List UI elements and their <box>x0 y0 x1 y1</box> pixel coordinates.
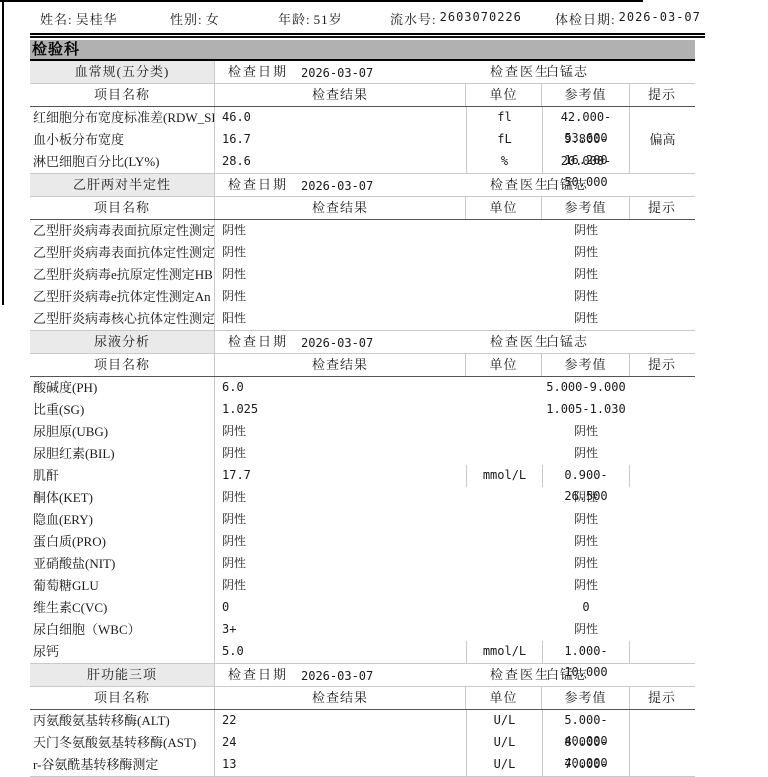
reference-cell: 阴性 <box>542 421 630 443</box>
section-meta: 检查日期2026-03-07检查医生白锰志 <box>215 331 695 353</box>
result-cell: 阴性 <box>215 575 466 597</box>
column-header-reference-range: 参考值 <box>542 84 630 106</box>
section-meta: 检查日期2026-03-07检查医生白锰志 <box>215 61 695 83</box>
column-header-unit: 单位 <box>466 197 542 219</box>
result-cell: 阴性 <box>215 220 466 242</box>
reference-cell: 0 <box>542 597 630 619</box>
test-section: 血常规(五分类)检查日期2026-03-07检查医生白锰志项目名称检查结果单位参… <box>30 61 695 173</box>
column-header-row: 项目名称检查结果单位参考值提示 <box>30 84 695 107</box>
table-row: 亚硝酸盐(NIT)阴性阴性 <box>30 553 695 575</box>
item-name-cell: 乙型肝炎病毒e抗原定性测定HB <box>30 264 215 286</box>
hint-cell <box>630 151 694 173</box>
column-header-hint: 提示 <box>630 354 694 376</box>
lab-report-page: { "colors": { "dept_bar": "#b1b1b1", "se… <box>0 0 768 777</box>
reference-cell: 阴性 <box>542 264 630 286</box>
section-title: 肝功能三项 <box>30 664 215 686</box>
lab-results-table: 血常规(五分类)检查日期2026-03-07检查医生白锰志项目名称检查结果单位参… <box>30 61 695 777</box>
item-name-cell: 蛋白质(PRO) <box>30 531 215 553</box>
unit-cell <box>466 531 542 553</box>
item-name-cell: 维生素C(VC) <box>30 597 215 619</box>
unit-cell <box>466 286 542 308</box>
page-edge-top <box>0 0 643 2</box>
table-row: 乙型肝炎病毒e抗体定性测定An阴性阴性 <box>30 286 695 308</box>
result-cell: 阴性 <box>215 553 466 575</box>
table-row: 肌酐17.7mmol/L0.900-26.500 <box>30 465 695 487</box>
patient-serial-value: 2603070226 <box>440 9 522 30</box>
result-cell: 13 <box>215 754 466 776</box>
column-header-unit: 单位 <box>466 354 542 376</box>
item-name-cell: 尿胆原(UBG) <box>30 421 215 443</box>
department-title-bar: 检验科 <box>30 40 695 61</box>
hint-cell <box>630 575 694 597</box>
hint-cell <box>630 710 694 732</box>
hint-cell <box>630 487 694 509</box>
patient-exam-date-label: 体检日期: <box>555 9 616 30</box>
hint-cell <box>630 597 694 619</box>
check-date-value: 2026-03-07 <box>301 332 373 354</box>
table-row: 隐血(ERY)阴性阴性 <box>30 509 695 531</box>
patient-age-value: 51岁 <box>314 9 343 30</box>
reference-cell: 阴性 <box>542 443 630 465</box>
item-name-cell: 葡萄糖GLU <box>30 575 215 597</box>
reference-cell: 阴性 <box>542 487 630 509</box>
unit-cell: fl <box>466 107 542 129</box>
table-row: 乙型肝炎病毒核心抗体定性测定阳性阴性 <box>30 308 695 330</box>
item-name-cell: 乙型肝炎病毒核心抗体定性测定 <box>30 308 215 330</box>
item-name-cell: 乙型肝炎病毒表面抗原定性测定 <box>30 220 215 242</box>
doctor-name: 白锰志 <box>546 174 588 196</box>
section-title: 尿液分析 <box>30 331 215 353</box>
check-date-label: 检查日期 <box>228 61 288 83</box>
result-cell: 阴性 <box>215 509 466 531</box>
column-header-reference-range: 参考值 <box>542 687 630 709</box>
hint-cell <box>630 619 694 641</box>
hint-cell <box>630 465 694 487</box>
column-header-row: 项目名称检查结果单位参考值提示 <box>30 197 695 220</box>
reference-cell: 1.005-1.030 <box>542 399 630 421</box>
reference-cell: 阴性 <box>542 509 630 531</box>
result-cell: 阴性 <box>215 487 466 509</box>
table-row: 酮体(KET)阴性阴性 <box>30 487 695 509</box>
table-row: 蛋白质(PRO)阴性阴性 <box>30 531 695 553</box>
patient-name-field: 姓名: 吴桂华 <box>40 9 170 30</box>
patient-age-label: 年龄: <box>278 9 311 30</box>
unit-cell: U/L <box>466 754 542 776</box>
column-header-check-result: 检查结果 <box>215 687 466 709</box>
section-header-row: 乙肝两对半定性检查日期2026-03-07检查医生白锰志 <box>30 174 695 197</box>
hint-cell <box>630 242 694 264</box>
hint-cell <box>630 399 694 421</box>
reference-cell: 阴性 <box>542 286 630 308</box>
table-row: 红细胞分布宽度标准差(RDW_SD)46.0fl42.000-53.600 <box>30 107 695 129</box>
table-row: 天门冬氨酸氨基转移酶(AST)24U/L8.000-40.000 <box>30 732 695 754</box>
item-name-cell: 尿胆红素(BIL) <box>30 443 215 465</box>
doctor-label: 检查医生 <box>490 174 550 196</box>
hint-cell: 偏高 <box>630 129 694 151</box>
table-row: 比重(SG)1.0251.005-1.030 <box>30 399 695 421</box>
hint-cell <box>630 443 694 465</box>
reference-cell: 8.000-40.000 <box>542 732 630 754</box>
column-header-item-name: 项目名称 <box>30 687 215 709</box>
hint-cell <box>630 509 694 531</box>
column-header-hint: 提示 <box>630 197 694 219</box>
table-row: 尿白细胞（WBC）3+阴性 <box>30 619 695 641</box>
unit-cell <box>466 308 542 330</box>
column-header-reference-range: 参考值 <box>542 197 630 219</box>
check-date-value: 2026-03-07 <box>301 175 373 197</box>
column-header-reference-range: 参考值 <box>542 354 630 376</box>
item-name-cell: 比重(SG) <box>30 399 215 421</box>
doctor-name: 白锰志 <box>546 331 588 353</box>
item-name-cell: 酸碱度(PH) <box>30 377 215 399</box>
unit-cell <box>466 487 542 509</box>
unit-cell: U/L <box>466 732 542 754</box>
unit-cell <box>466 220 542 242</box>
column-header-check-result: 检查结果 <box>215 84 466 106</box>
unit-cell <box>466 399 542 421</box>
unit-cell: U/L <box>466 710 542 732</box>
column-header-unit: 单位 <box>466 687 542 709</box>
column-header-unit: 单位 <box>466 84 542 106</box>
table-row: 血小板分布宽度16.7fL9.800-16.200偏高 <box>30 129 695 151</box>
column-header-check-result: 检查结果 <box>215 197 466 219</box>
table-row: r-谷氨酰基转移酶测定13U/L7.000-32.000 <box>30 754 695 776</box>
unit-cell <box>466 509 542 531</box>
reference-cell: 7.000-32.000 <box>542 754 630 776</box>
hint-cell <box>630 220 694 242</box>
item-name-cell: 天门冬氨酸氨基转移酶(AST) <box>30 732 215 754</box>
patient-name-value: 吴桂华 <box>76 9 118 30</box>
unit-cell: fL <box>466 129 542 151</box>
result-cell: 0 <box>215 597 466 619</box>
patient-info-bar: 姓名: 吴桂华 性别: 女 年龄: 51岁 流水号: 2603070226 体检… <box>0 0 768 30</box>
hint-cell <box>630 531 694 553</box>
item-name-cell: 肌酐 <box>30 465 215 487</box>
reference-cell: 阴性 <box>542 531 630 553</box>
check-date-label: 检查日期 <box>228 331 288 353</box>
section-title: 乙肝两对半定性 <box>30 174 215 196</box>
table-row: 乙型肝炎病毒表面抗体定性测定阴性阴性 <box>30 242 695 264</box>
reference-cell: 阴性 <box>542 575 630 597</box>
result-cell: 46.0 <box>215 107 466 129</box>
result-cell: 阴性 <box>215 264 466 286</box>
reference-cell: 阴性 <box>542 220 630 242</box>
column-header-item-name: 项目名称 <box>30 354 215 376</box>
reference-cell: 阴性 <box>542 308 630 330</box>
item-name-cell: 隐血(ERY) <box>30 509 215 531</box>
doctor-name: 白锰志 <box>546 61 588 83</box>
result-cell: 28.6 <box>215 151 466 173</box>
section-meta: 检查日期2026-03-07检查医生白锰志 <box>215 174 695 196</box>
item-name-cell: 丙氨酸氨基转移酶(ALT) <box>30 710 215 732</box>
item-name-cell: 尿白细胞（WBC） <box>30 619 215 641</box>
result-cell: 1.025 <box>215 399 466 421</box>
item-name-cell: r-谷氨酰基转移酶测定 <box>30 754 215 776</box>
patient-serial-field: 流水号: 2603070226 <box>390 9 555 30</box>
unit-cell: mmol/L <box>466 641 542 663</box>
unit-cell <box>466 597 542 619</box>
item-name-cell: 亚硝酸盐(NIT) <box>30 553 215 575</box>
result-cell: 阴性 <box>215 286 466 308</box>
unit-cell <box>466 553 542 575</box>
column-header-row: 项目名称检查结果单位参考值提示 <box>30 354 695 377</box>
unit-cell <box>466 575 542 597</box>
unit-cell <box>466 443 542 465</box>
reference-cell: 1.000-10.000 <box>542 641 630 663</box>
header-divider-rule <box>30 33 705 38</box>
reference-cell: 阴性 <box>542 619 630 641</box>
reference-cell: 0.900-26.500 <box>542 465 630 487</box>
page-edge-left <box>2 0 4 305</box>
patient-exam-date-field: 体检日期: 2026-03-07 <box>555 9 701 30</box>
item-name-cell: 乙型肝炎病毒表面抗体定性测定 <box>30 242 215 264</box>
table-row: 尿胆原(UBG)阴性阴性 <box>30 421 695 443</box>
table-row: 尿胆红素(BIL)阴性阴性 <box>30 443 695 465</box>
unit-cell <box>466 619 542 641</box>
result-cell: 阴性 <box>215 242 466 264</box>
unit-cell: % <box>466 151 542 173</box>
result-cell: 24 <box>215 732 466 754</box>
hint-cell <box>630 286 694 308</box>
item-name-cell: 淋巴细胞百分比(LY%) <box>30 151 215 173</box>
section-header-row: 血常规(五分类)检查日期2026-03-07检查医生白锰志 <box>30 61 695 84</box>
table-row: 淋巴细胞百分比(LY%)28.6%20.000-50.000 <box>30 151 695 173</box>
patient-exam-date-value: 2026-03-07 <box>619 9 701 30</box>
result-cell: 16.7 <box>215 129 466 151</box>
hint-cell <box>630 264 694 286</box>
result-cell: 17.7 <box>215 465 466 487</box>
table-row: 葡萄糖GLU阴性阴性 <box>30 575 695 597</box>
item-name-cell: 酮体(KET) <box>30 487 215 509</box>
patient-gender-value: 女 <box>206 9 220 30</box>
test-section: 乙肝两对半定性检查日期2026-03-07检查医生白锰志项目名称检查结果单位参考… <box>30 173 695 330</box>
item-name-cell: 红细胞分布宽度标准差(RDW_SD) <box>30 107 215 129</box>
column-header-check-result: 检查结果 <box>215 354 466 376</box>
check-date-label: 检查日期 <box>228 174 288 196</box>
hint-cell <box>630 754 694 776</box>
table-row: 丙氨酸氨基转移酶(ALT)22U/L5.000-40.000 <box>30 710 695 732</box>
result-cell: 5.0 <box>215 641 466 663</box>
column-header-item-name: 项目名称 <box>30 197 215 219</box>
reference-cell: 阴性 <box>542 242 630 264</box>
item-name-cell: 尿钙 <box>30 641 215 663</box>
table-row: 尿钙5.0mmol/L1.000-10.000 <box>30 641 695 663</box>
section-meta: 检查日期2026-03-07检查医生白锰志 <box>215 664 695 686</box>
column-header-hint: 提示 <box>630 84 694 106</box>
column-header-item-name: 项目名称 <box>30 84 215 106</box>
patient-gender-label: 性别: <box>170 9 203 30</box>
unit-cell <box>466 242 542 264</box>
patient-name-label: 姓名: <box>40 9 73 30</box>
column-header-hint: 提示 <box>630 687 694 709</box>
patient-gender-field: 性别: 女 <box>170 9 278 30</box>
reference-cell: 20.000-50.000 <box>542 151 630 173</box>
reference-cell: 42.000-53.600 <box>542 107 630 129</box>
result-cell: 阳性 <box>215 308 466 330</box>
reference-cell: 5.000-9.000 <box>542 377 630 399</box>
check-date-label: 检查日期 <box>228 664 288 686</box>
result-cell: 22 <box>215 710 466 732</box>
hint-cell <box>630 308 694 330</box>
item-name-cell: 血小板分布宽度 <box>30 129 215 151</box>
result-cell: 阴性 <box>215 443 466 465</box>
doctor-label: 检查医生 <box>490 61 550 83</box>
patient-serial-label: 流水号: <box>390 9 437 30</box>
table-row: 维生素C(VC)00 <box>30 597 695 619</box>
section-title: 血常规(五分类) <box>30 61 215 83</box>
section-header-row: 肝功能三项检查日期2026-03-07检查医生白锰志 <box>30 664 695 687</box>
result-cell: 6.0 <box>215 377 466 399</box>
result-cell: 3+ <box>215 619 466 641</box>
reference-cell: 9.800-16.200 <box>542 129 630 151</box>
item-name-cell: 乙型肝炎病毒e抗体定性测定An <box>30 286 215 308</box>
hint-cell <box>630 377 694 399</box>
table-row: 乙型肝炎病毒表面抗原定性测定阴性阴性 <box>30 220 695 242</box>
doctor-name: 白锰志 <box>546 664 588 686</box>
check-date-value: 2026-03-07 <box>301 62 373 84</box>
hint-cell <box>630 641 694 663</box>
hint-cell <box>630 107 694 129</box>
test-section: 尿液分析检查日期2026-03-07检查医生白锰志项目名称检查结果单位参考值提示… <box>30 330 695 663</box>
column-header-row: 项目名称检查结果单位参考值提示 <box>30 687 695 710</box>
check-date-value: 2026-03-07 <box>301 665 373 687</box>
hint-cell <box>630 421 694 443</box>
section-header-row: 尿液分析检查日期2026-03-07检查医生白锰志 <box>30 331 695 354</box>
doctor-label: 检查医生 <box>490 664 550 686</box>
result-cell: 阴性 <box>215 421 466 443</box>
unit-cell <box>466 421 542 443</box>
unit-cell <box>466 377 542 399</box>
hint-cell <box>630 553 694 575</box>
test-section: 肝功能三项检查日期2026-03-07检查医生白锰志项目名称检查结果单位参考值提… <box>30 663 695 777</box>
hint-cell <box>630 732 694 754</box>
unit-cell <box>466 264 542 286</box>
reference-cell: 阴性 <box>542 553 630 575</box>
reference-cell: 5.000-40.000 <box>542 710 630 732</box>
patient-age-field: 年龄: 51岁 <box>278 9 390 30</box>
doctor-label: 检查医生 <box>490 331 550 353</box>
unit-cell: mmol/L <box>466 465 542 487</box>
result-cell: 阴性 <box>215 531 466 553</box>
table-row: 乙型肝炎病毒e抗原定性测定HB阴性阴性 <box>30 264 695 286</box>
table-row: 酸碱度(PH)6.05.000-9.000 <box>30 377 695 399</box>
